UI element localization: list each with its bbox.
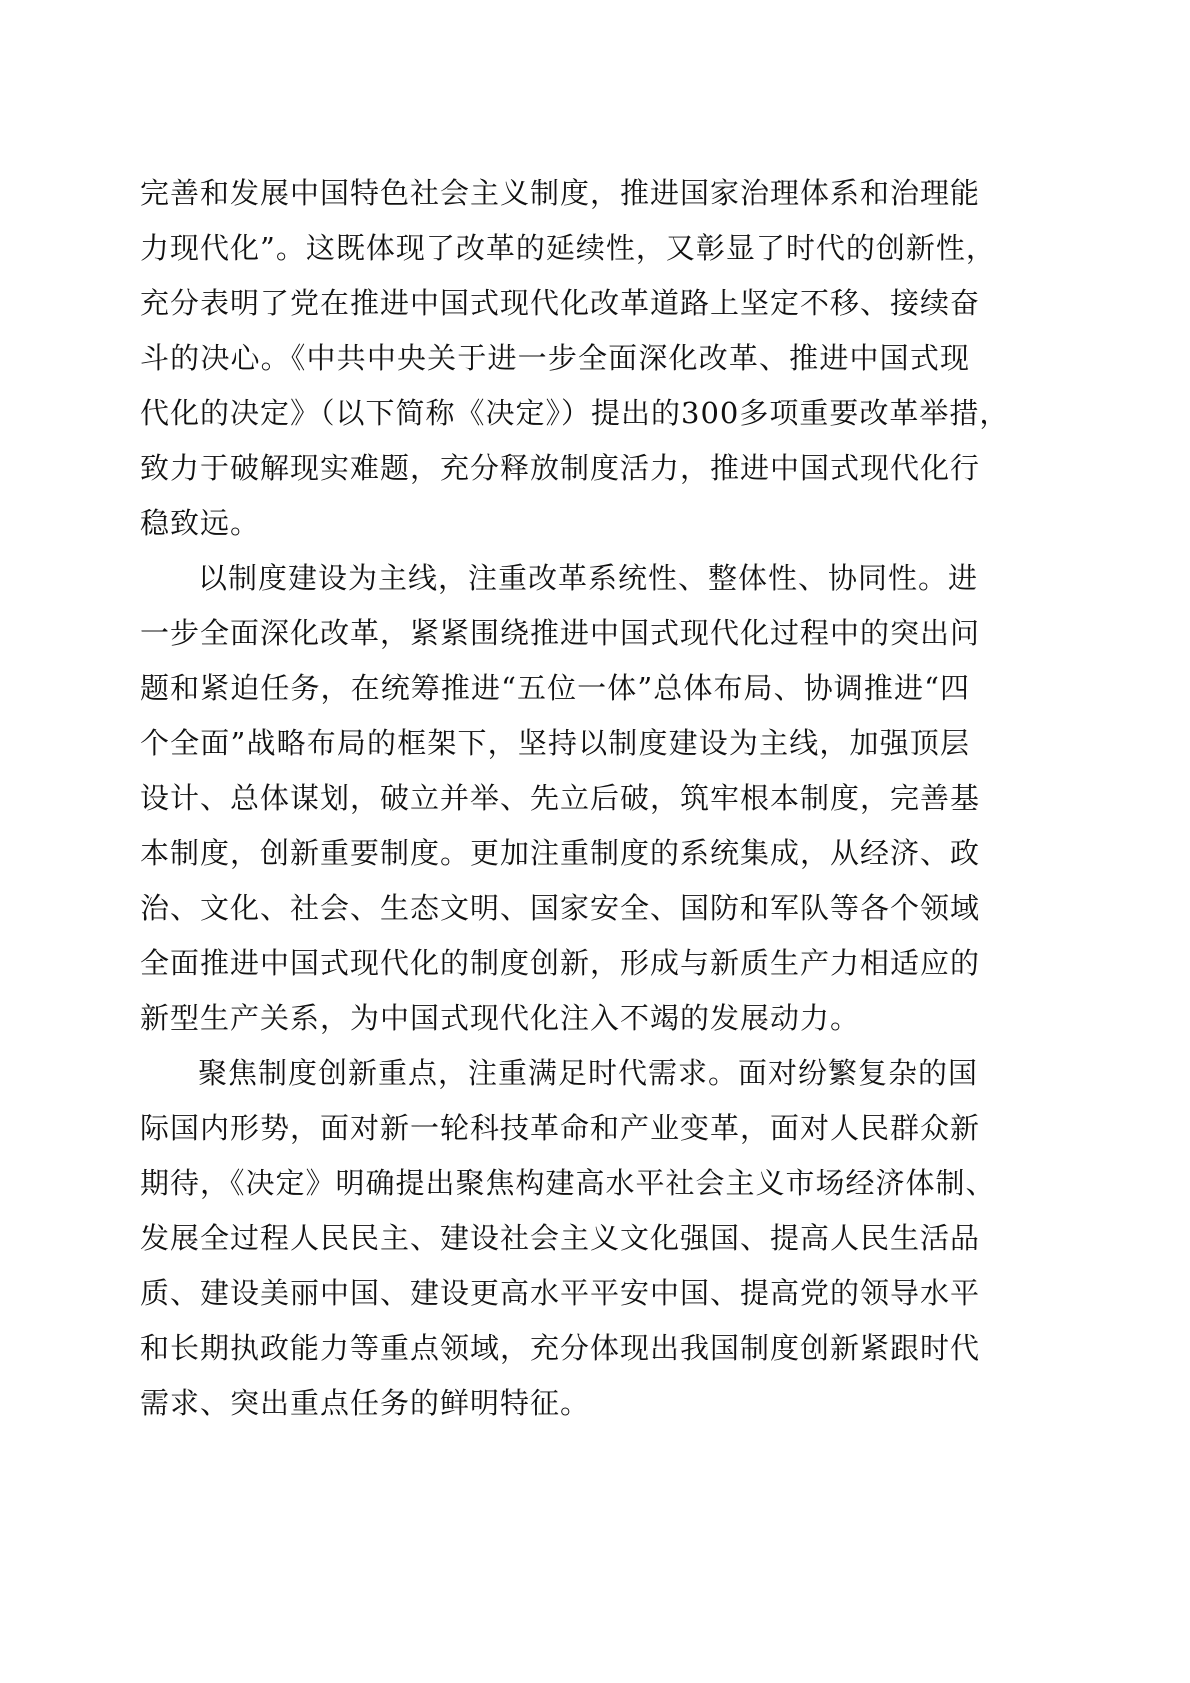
- text-line: 需求、突出重点任务的鲜明特征。: [140, 1376, 970, 1431]
- text-line: 一步全面深化改革，紧紧围绕推进中国式现代化过程中的突出问: [140, 606, 970, 661]
- paragraph-3: 聚焦制度创新重点，注重满足时代需求。面对纷繁复杂的国 际国内形势，面对新一轮科技…: [140, 1046, 970, 1431]
- text-line: 本制度，创新重要制度。更加注重制度的系统集成，从经济、政: [140, 826, 970, 881]
- text-line: 以制度建设为主线，注重改革系统性、整体性、协同性。进: [140, 551, 970, 606]
- text-line: 斗的决心。《中共中央关于进一步全面深化改革、推进中国式现: [140, 331, 970, 386]
- text-line: 致力于破解现实难题，充分释放制度活力，推进中国式现代化行: [140, 441, 970, 496]
- text-line: 期待，《决定》明确提出聚焦构建高水平社会主义市场经济体制、: [140, 1156, 970, 1211]
- text-line: 力现代化”。这既体现了改革的延续性，又彰显了时代的创新性，: [140, 221, 970, 276]
- document-page: 完善和发展中国特色社会主义制度，推进国家治理体系和治理能 力现代化”。这既体现了…: [140, 166, 970, 1431]
- text-line: 新型生产关系，为中国式现代化注入不竭的发展动力。: [140, 991, 970, 1046]
- paragraph-2: 以制度建设为主线，注重改革系统性、整体性、协同性。进 一步全面深化改革，紧紧围绕…: [140, 551, 970, 1046]
- text-line: 和长期执政能力等重点领域，充分体现出我国制度创新紧跟时代: [140, 1321, 970, 1376]
- text-line: 治、文化、社会、生态文明、国家安全、国防和军队等各个领域: [140, 881, 970, 936]
- text-line: 发展全过程人民民主、建设社会主义文化强国、提高人民生活品: [140, 1211, 970, 1266]
- text-line: 完善和发展中国特色社会主义制度，推进国家治理体系和治理能: [140, 166, 970, 221]
- text-line: 设计、总体谋划，破立并举、先立后破，筑牢根本制度，完善基: [140, 771, 970, 826]
- text-line: 际国内形势，面对新一轮科技革命和产业变革，面对人民群众新: [140, 1101, 970, 1156]
- text-line: 全面推进中国式现代化的制度创新，形成与新质生产力相适应的: [140, 936, 970, 991]
- text-line: 质、建设美丽中国、建设更高水平平安中国、提高党的领导水平: [140, 1266, 970, 1321]
- text-line: 稳致远。: [140, 496, 970, 551]
- text-line: 个全面”战略布局的框架下，坚持以制度建设为主线，加强顶层: [140, 716, 970, 771]
- text-line: 聚焦制度创新重点，注重满足时代需求。面对纷繁复杂的国: [140, 1046, 970, 1101]
- paragraph-1: 完善和发展中国特色社会主义制度，推进国家治理体系和治理能 力现代化”。这既体现了…: [140, 166, 970, 551]
- text-line: 题和紧迫任务，在统筹推进“五位一体”总体布局、协调推进“四: [140, 661, 970, 716]
- text-line: 代化的决定》（以下简称《决定》）提出的300多项重要改革举措，: [140, 386, 970, 441]
- text-line: 充分表明了党在推进中国式现代化改革道路上坚定不移、接续奋: [140, 276, 970, 331]
